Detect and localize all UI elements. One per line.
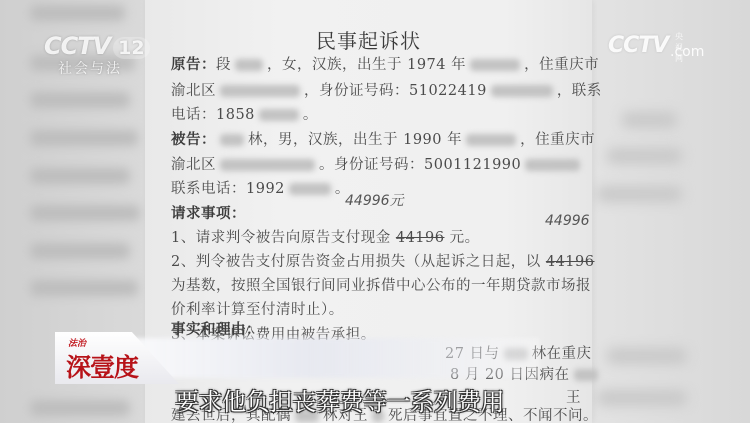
blurred-text — [30, 243, 130, 259]
plaintiff-residence: ，住重庆市 — [524, 57, 599, 73]
facts-heading: 事实和理由： — [171, 318, 261, 339]
redacted-id — [525, 159, 580, 171]
cctv-brand: CCTV — [608, 33, 668, 58]
claim-2-text: 2、判令被告支付原告资金占用损失（从起诉之日起，以 — [171, 254, 541, 270]
defendant-line-2: 渝北区。身份证号码：5001121990 — [171, 153, 584, 174]
redacted-birthdate — [470, 59, 520, 71]
blurred-text — [607, 148, 682, 164]
subtitle-caption: 要求他负担丧葬费等一系列费用 — [175, 382, 504, 417]
redacted-name — [220, 134, 244, 146]
cctv-com-watermark: CCTV 央视网 .com — [608, 33, 668, 58]
defendant-info: 林，男，汉族，出生于 1990 年 — [248, 132, 462, 148]
redacted-phone — [259, 109, 299, 121]
claim-2: 2、判令被告支付原告资金占用损失（从起诉之日起，以 44196 — [171, 250, 594, 271]
redacted-birthdate — [466, 134, 516, 146]
struck-amount: 44196 — [546, 254, 595, 270]
plaintiff-label: 原告： — [171, 56, 216, 73]
handwritten-amount-1: 44996元 — [345, 190, 404, 210]
redacted-address — [220, 85, 300, 97]
claims-heading: 请求事项： — [171, 202, 246, 223]
claim-1-unit: 元。 — [450, 230, 480, 246]
plaintiff-contact: ，联系 — [557, 83, 602, 99]
cctv-brand: CCTV — [44, 32, 110, 60]
background-right-blur — [592, 0, 750, 423]
document-title: 民事起诉状 — [145, 25, 592, 54]
facts-place: 林在重庆 — [532, 346, 592, 362]
defendant-phone: 联系电话：1992 — [171, 181, 285, 197]
blurred-text — [607, 348, 687, 364]
redacted-phone — [289, 183, 331, 195]
blurred-text — [597, 186, 682, 202]
redacted-place — [574, 369, 598, 381]
redacted-address — [220, 159, 315, 171]
claim-1: 1、请求判令被告向原告支付现金 44196 元。 — [171, 226, 480, 247]
redacted-id — [491, 85, 553, 97]
blurred-text — [622, 112, 677, 128]
blurred-text — [30, 5, 125, 21]
handwritten-amount-2: 44996 — [545, 213, 590, 229]
watermark-domain: .com — [670, 44, 704, 60]
claim-1-text: 1、请求判令被告向原告支付现金 — [171, 230, 391, 246]
blurred-text — [30, 92, 130, 108]
blurred-text — [30, 400, 130, 416]
period: 。 — [303, 107, 318, 123]
defendant-district: 渝北区 — [171, 157, 216, 173]
plaintiff-surname: 段 — [216, 57, 231, 73]
defendant-id: 。身份证号码：5001121990 — [319, 157, 521, 173]
blurred-text — [30, 130, 138, 146]
channel-number: 12 — [113, 37, 149, 59]
plaintiff-id: ，身份证号码：51022419 — [304, 83, 487, 99]
plaintiff-phone: 电话：1858 — [171, 107, 255, 123]
blurred-text — [30, 168, 130, 184]
cctv12-channel-logo: CCTV12 社会与法 — [44, 32, 150, 78]
plaintiff-line-3: 电话：1858。 — [171, 103, 318, 124]
struck-amount: 44196 — [396, 230, 445, 246]
plaintiff-info: ，女，汉族，出生于 1974 年 — [267, 57, 466, 73]
defendant-line-3: 联系电话：1992。 — [171, 177, 350, 198]
defendant-residence: ，住重庆市 — [520, 132, 595, 148]
blurred-text — [30, 280, 138, 296]
blurred-text — [597, 390, 687, 406]
program-title: 深壹度 — [66, 348, 138, 384]
redacted-name — [235, 59, 263, 71]
defendant-label: 被告： — [171, 131, 216, 148]
claim-2-line-3: 价利率计算至付清时止）。 — [171, 298, 344, 319]
plaintiff-line-2: 渝北区，身份证号码：51022419，联系 — [171, 79, 602, 100]
plaintiff-line-1: 原告：段，女，汉族，出生于 1974 年，住重庆市 — [171, 53, 599, 74]
defendant-line-1: 被告：林，男，汉族，出生于 1990 年，住重庆市 — [171, 128, 595, 149]
blurred-text — [30, 205, 140, 221]
plaintiff-district: 渝北区 — [171, 83, 216, 99]
channel-name: 社会与法 — [58, 58, 150, 78]
claim-2-line-2: 为基数，按照全国银行间同业拆借中心公布的一年期贷款市场报 — [171, 274, 591, 295]
